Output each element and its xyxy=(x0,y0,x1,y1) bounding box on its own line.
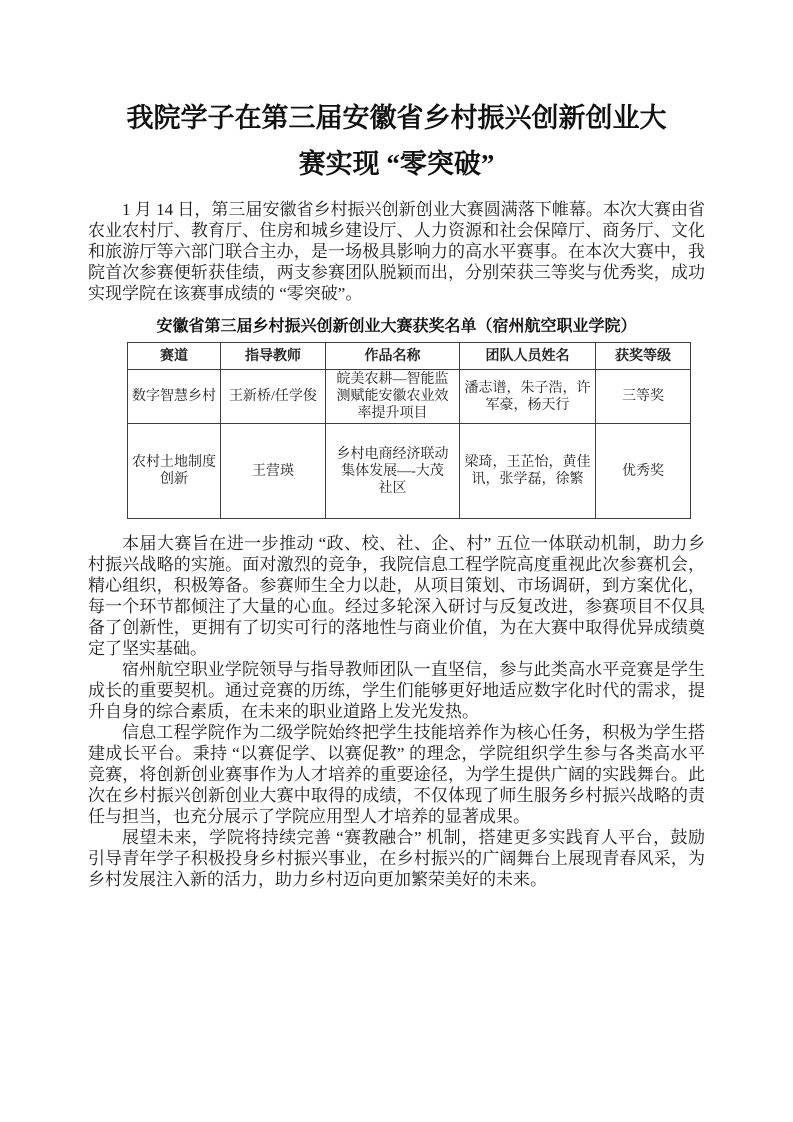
column-header-track: 赛道 xyxy=(128,343,221,370)
paragraph-college-belief: 宿州航空职业学院领导与指导教师团队一直坚信，参与此类高水平竞赛是学生成长的重要契… xyxy=(88,659,705,722)
paragraph-intro: 1 月 14 日，第三届安徽省乡村振兴创新创业大赛圆满落下帷幕。本次大赛由省农业… xyxy=(88,199,705,304)
awards-table: 赛道 指导教师 作品名称 团队人员姓名 获奖等级 数字智慧乡村 王新桥/任学俊 … xyxy=(127,342,691,519)
column-header-teacher: 指导教师 xyxy=(221,343,326,370)
column-header-work: 作品名称 xyxy=(326,343,460,370)
table-row: 数字智慧乡村 王新桥/任学俊 皖美农耕—智能监 测赋能安徽农业效 率提升项目 潘… xyxy=(128,370,691,424)
cell-track: 农村土地制度 创新 xyxy=(128,424,221,519)
cell-work: 皖美农耕—智能监 测赋能安徽农业效 率提升项目 xyxy=(326,370,460,424)
column-header-members: 团队人员姓名 xyxy=(460,343,596,370)
cell-members: 梁琦，王芷怡，黄佳 讯，张学磊，徐繁 xyxy=(460,424,596,519)
cell-teacher: 王新桥/任学俊 xyxy=(221,370,326,424)
cell-teacher: 王营瑛 xyxy=(221,424,326,519)
column-header-award: 获奖等级 xyxy=(596,343,691,370)
awards-table-caption: 安徽省第三届乡村振兴创新创业大赛获奖名单（宿州航空职业学院） xyxy=(88,313,705,336)
awards-table-header-row: 赛道 指导教师 作品名称 团队人员姓名 获奖等级 xyxy=(128,343,691,370)
paragraph-outlook: 展望未来，学院将持续完善 “赛教融合” 机制，搭建更多实践育人平台，鼓励引导青年… xyxy=(88,827,705,890)
cell-award: 三等奖 xyxy=(596,370,691,424)
page-title: 我院学子在第三届安徽省乡村振兴创新创业大赛实现 “零突破” xyxy=(116,95,678,187)
cell-members: 潘志谱，朱子浩，许 军豪，杨天行 xyxy=(460,370,596,424)
paragraph-competition-goal: 本届大赛旨在进一步推动 “政、校、社、企、村” 五位一体联动机制，助力乡村振兴战… xyxy=(88,533,705,659)
cell-work: 乡村电商经济联动 集体发展—-大茂 社区 xyxy=(326,424,460,519)
table-row: 农村土地制度 创新 王营瑛 乡村电商经济联动 集体发展—-大茂 社区 梁琦，王芷… xyxy=(128,424,691,519)
document-page: 我院学子在第三届安徽省乡村振兴创新创业大赛实现 “零突破” 1 月 14 日，第… xyxy=(0,0,793,1122)
cell-track: 数字智慧乡村 xyxy=(128,370,221,424)
cell-award: 优秀奖 xyxy=(596,424,691,519)
paragraph-school-mission: 信息工程学院作为二级学院始终把学生技能培养作为核心任务，积极为学生搭建成长平台。… xyxy=(88,722,705,827)
